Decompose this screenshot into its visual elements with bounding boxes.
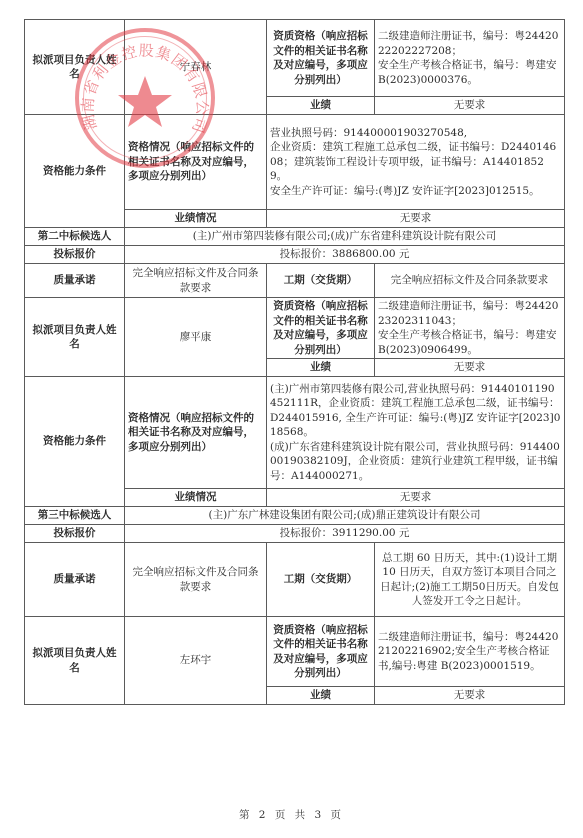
table-row: 拟派项目负责人姓名 左环宇 资质资格（响应招标文件的相关证书名称及对应编号，多项… [25,617,565,687]
table-row: 第二中标候选人 (主)广州市第四装修有限公司;(成)广东省建科建筑设计院有限公司 [25,228,565,246]
performance-label: 业绩 [267,359,375,377]
performance-status-value: 无要求 [267,210,565,228]
project-manager-name: 左环宇 [125,617,267,705]
qualification-line: 安全生产许可证：编号:(粤)JZ 安许证字[2023]012515。 [270,184,561,199]
qualification-line: (主)广州市第四装修有限公司,营业执照号码：91440101190452111R… [270,382,561,440]
table-row: 拟派项目负责人姓名 廖平康 资质资格（响应招标文件的相关证书名称及对应编号，多项… [25,298,565,359]
document-page: 拟派项目负责人姓名 宁春林 资质资格（响应招标文件的相关证书名称及对应编号，多项… [0,0,583,838]
cert-line: 安全生产考核合格证书，编号：粤建安 B(2023)0000376。 [378,58,561,87]
table-row: 资格能力条件 资格情况（响应招标文件的相关证书名称及对应编号，多项应分别列出） … [25,115,565,210]
table-row: 投标报价 投标报价：3886800.00 元 [25,246,565,264]
performance-label: 业绩 [267,97,375,115]
manager-cert-value: 二级建造师注册证书，编号：粤2442023202311043； 安全生产考核合格… [375,298,565,359]
bid-price-label: 投标报价 [25,246,125,264]
performance-status-value: 无要求 [267,489,565,507]
candidate-rank-label: 第三中标候选人 [25,507,125,525]
qualification-status-label: 资格情况（响应招标文件的相关证书名称及对应编号，多项应分别列出） [125,115,267,210]
table-row: 拟派项目负责人姓名 宁春林 资质资格（响应招标文件的相关证书名称及对应编号，多项… [25,20,565,97]
qualification-status-label: 资格情况（响应招标文件的相关证书名称及对应编号，多项应分别列出） [125,377,267,489]
project-manager-name: 宁春林 [125,20,267,115]
capability-label: 资格能力条件 [25,115,125,228]
bid-price-label: 投标报价 [25,525,125,543]
duration-label: 工期（交货期） [267,543,375,617]
performance-status-label: 业绩情况 [125,210,267,228]
candidate-name: (主)广州市第四装修有限公司;(成)广东省建科建筑设计院有限公司 [125,228,565,246]
project-manager-name: 廖平康 [125,298,267,377]
quality-label: 质量承诺 [25,264,125,298]
manager-cert-value: 二级建造师注册证书，编号：粤2442021202216902;安全生产考核合格证… [375,617,565,687]
qualification-line: 营业执照号码：914400001903270548, [270,126,561,141]
performance-label: 业绩 [267,687,375,705]
qualification-status-value: (主)广州市第四装修有限公司,营业执照号码：91440101190452111R… [267,377,565,489]
duration-value: 完全响应招标文件及合同条款要求 [375,264,565,298]
table-row: 投标报价 投标报价：3911290.00 元 [25,525,565,543]
qualification-line: 企业资质：建筑工程施工总承包二级，证书编号：D244014608；建筑装饰工程设… [270,140,561,184]
qualification-line: (成)广东省建科建筑设计院有限公司，营业执照号码：914400001903821… [270,440,561,484]
bid-price-value: 投标报价：3886800.00 元 [125,246,565,264]
project-manager-label: 拟派项目负责人姓名 [25,20,125,115]
page-footer: 第 2 页 共 3 页 [0,807,583,822]
manager-cert-value: 二级建造师注册证书，编号：粤2442022202227208； 安全生产考核合格… [375,20,565,97]
performance-value: 无要求 [375,359,565,377]
table-row: 质量承诺 完全响应招标文件及合同条款要求 工期（交货期） 完全响应招标文件及合同… [25,264,565,298]
cert-line: 安全生产考核合格证书，编号：粤建安 B(2023)0906499。 [378,328,561,357]
performance-value: 无要求 [375,687,565,705]
qualification-cert-label: 资质资格（响应招标文件的相关证书名称及对应编号，多项应分别列出） [267,298,375,359]
table-row: 质量承诺 完全响应招标文件及合同条款要求 工期（交货期） 总工期 60 日历天，… [25,543,565,617]
qualification-cert-label: 资质资格（响应招标文件的相关证书名称及对应编号，多项应分别列出） [267,617,375,687]
table-row: 资格能力条件 资格情况（响应招标文件的相关证书名称及对应编号，多项应分别列出） … [25,377,565,489]
quality-label: 质量承诺 [25,543,125,617]
cert-line: 二级建造师注册证书，编号：粤2442023202311043； [378,299,561,328]
bid-candidates-table: 拟派项目负责人姓名 宁春林 资质资格（响应招标文件的相关证书名称及对应编号，多项… [24,19,565,705]
performance-value: 无要求 [375,97,565,115]
quality-value: 完全响应招标文件及合同条款要求 [125,543,267,617]
duration-label: 工期（交货期） [267,264,375,298]
duration-value: 总工期 60 日历天，其中:(1)设计工期 10 日历天，自双方签订本项目合同之… [375,543,565,617]
bid-price-value: 投标报价：3911290.00 元 [125,525,565,543]
qualification-cert-label: 资质资格（响应招标文件的相关证书名称及对应编号，多项应分别列出） [267,20,375,97]
project-manager-label: 拟派项目负责人姓名 [25,298,125,377]
table-row: 第三中标候选人 (主)广东广林建设集团有限公司;(成)鼎正建筑设计有限公司 [25,507,565,525]
performance-status-label: 业绩情况 [125,489,267,507]
capability-label: 资格能力条件 [25,377,125,507]
quality-value: 完全响应招标文件及合同条款要求 [125,264,267,298]
candidate-rank-label: 第二中标候选人 [25,228,125,246]
cert-line: 二级建造师注册证书，编号：粤2442022202227208； [378,29,561,58]
candidate-name: (主)广东广林建设集团有限公司;(成)鼎正建筑设计有限公司 [125,507,565,525]
qualification-status-value: 营业执照号码：914400001903270548, 企业资质：建筑工程施工总承… [267,115,565,210]
project-manager-label: 拟派项目负责人姓名 [25,617,125,705]
